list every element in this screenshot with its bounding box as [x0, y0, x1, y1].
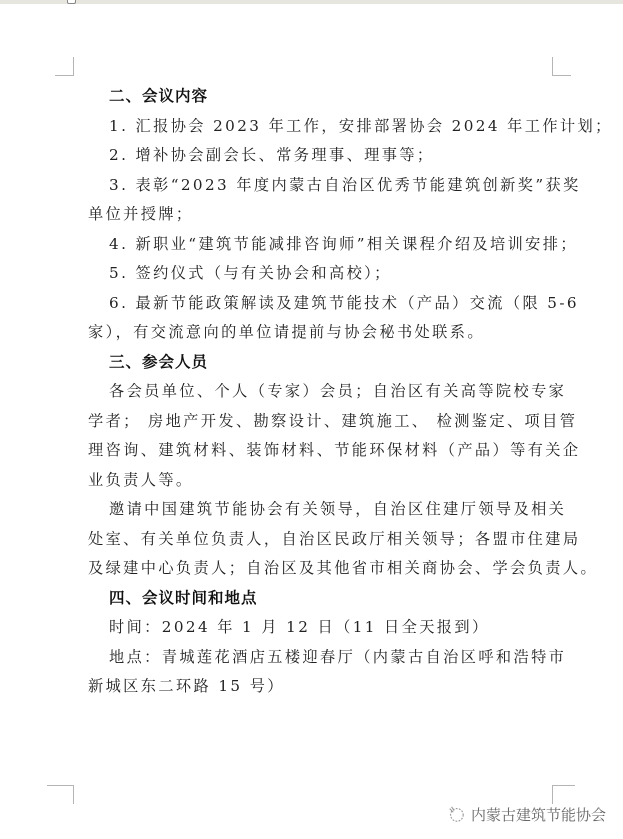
- paragraph-line: 1. 汇报协会 2023 年工作，安排部署协会 2024 年工作计划；: [88, 112, 558, 142]
- paragraph-line: 邀请中国建筑节能协会有关领导，自治区住建厅领导及相关: [88, 495, 558, 525]
- margin-corner-mark-top-left: [55, 57, 74, 76]
- margin-corner-mark-top-right: [552, 57, 571, 76]
- paragraph-line: 2. 增补协会副会长、常务理事、理事等；: [88, 141, 558, 171]
- wechat-official-account-icon: [447, 805, 465, 823]
- ruler-indent-handle[interactable]: [67, 0, 76, 4]
- paragraph-line: 单位并授牌；: [88, 200, 558, 230]
- paragraph-line-location-cont: 新城区东二环路 15 号）: [88, 672, 558, 702]
- paragraph-line: 业负责人等。: [88, 466, 558, 496]
- margin-corner-mark-bottom-left: [47, 785, 74, 804]
- paragraph-line: 5. 签约仪式（与有关协会和高校）；: [88, 259, 558, 289]
- paragraph-line: 4. 新职业“建筑节能减排咨询师”相关课程介绍及培训安排；: [88, 230, 558, 260]
- wechat-watermark: 内蒙古建筑节能协会: [447, 802, 606, 826]
- paragraph-line: 理咨询、建筑材料、装饰材料、节能环保材料（产品）等有关企: [88, 436, 558, 466]
- section-heading-meeting-content: 二、会议内容: [88, 82, 558, 112]
- paragraph-line-location: 地点：青城莲花酒店五楼迎春厅（内蒙古自治区呼和浩特市: [88, 643, 558, 673]
- section-heading-time-and-place: 四、会议时间和地点: [88, 584, 558, 614]
- paragraph-line: 及绿建中心负责人；自治区及其他省市相关商协会、学会负责人。: [88, 554, 558, 584]
- paragraph-line-time: 时间：2024 年 1 月 12 日（11 日全天报到）: [88, 613, 558, 643]
- paragraph-line: 3. 表彰“2023 年度内蒙古自治区优秀节能建筑创新奖”获奖: [88, 171, 558, 201]
- paragraph-line: 各会员单位、个人（专家）会员；自治区有关高等院校专家: [88, 377, 558, 407]
- section-heading-attendees: 三、参会人员: [88, 348, 558, 378]
- watermark-label: 内蒙古建筑节能协会: [471, 804, 606, 825]
- paragraph-line: 处室、有关单位负责人，自治区民政厅相关领导；各盟市住建局: [88, 525, 558, 555]
- paragraph-line: 家），有交流意向的单位请提前与协会秘书处联系。: [88, 318, 558, 348]
- document-body: 二、会议内容 1. 汇报协会 2023 年工作，安排部署协会 2024 年工作计…: [88, 82, 558, 702]
- paragraph-line: 6. 最新节能政策解读及建筑节能技术（产品）交流（限 5-6: [88, 289, 558, 319]
- paragraph-line: 学者； 房地产开发、勘察设计、建筑施工、 检测鉴定、项目管: [88, 407, 558, 437]
- window-top-bar: [0, 0, 623, 4]
